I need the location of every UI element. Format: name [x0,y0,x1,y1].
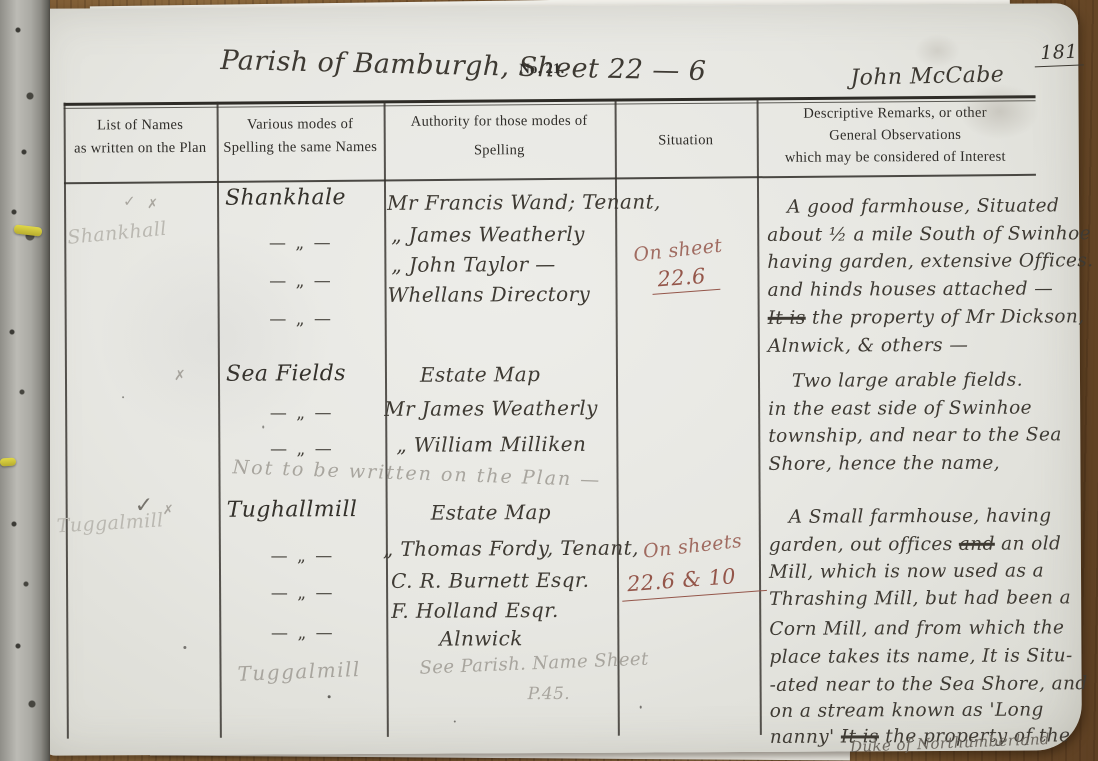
header-col3-line2: Spelling [384,139,615,163]
remarks-text: the property of Mr Dickson, [806,306,1085,328]
header-col5-line3: which may be considered of Interest [757,146,1034,170]
table-border-left [64,103,69,739]
check-mark: ✓ [135,492,154,518]
paper-stain [914,34,960,68]
ink-speck [122,396,124,398]
authority-line: Estate Map [431,500,551,525]
remarks-text: nanny' [770,727,841,748]
header-separator-rule [64,174,1036,184]
remarks-line: Mill, which is now used as a [769,560,1044,582]
remarks-line: A Small farmhouse, having [789,505,1052,527]
remarks-line: Thrashing Mill, but had been a [769,587,1071,610]
spelling-name: Tughallmill [227,497,358,523]
cross-mark: ✗ [147,196,158,212]
footer-note-text: See Parish. Name Sheet [419,649,649,679]
footer-note-page-ref: P.45. [528,684,571,704]
situation-text: On sheet [632,235,723,267]
ditto-mark: — „ — [219,546,386,567]
column-divider-4 [757,99,762,735]
ledger-page: Parish of Bamburgh, Sheet 22 — 6 No. 21.… [34,3,1082,755]
situation-sheet-number: 22.6 & 10 [620,562,767,602]
cross-mark: ✗ [163,502,174,518]
remarks-line: having garden, extensive Offices. [767,250,1093,273]
struck-words: It is [768,308,806,329]
show-through-smudge [95,227,336,448]
header-col3-line1: Authority for those modes of [384,110,615,134]
remarks-line: Alnwick, & others — [768,335,968,357]
scanned-ledger-photo: Parish of Bamburgh, Sheet 22 — 6 No. 21.… [0,0,1098,761]
authority-line: Whellans Directory [387,282,590,307]
authority-line: „ James Weatherly [391,222,585,247]
remarks-line: on a stream known as 'Long [770,699,1044,721]
situation-text: On sheets [642,530,743,563]
remarks-line: -ated near to the Sea Shore, and [770,673,1088,696]
authority-line: C. R. Burnett Esqr. [391,568,589,593]
binding-thread-yellow [0,457,16,466]
printed-number-label: No. 21. [519,58,564,81]
remarks-line: A good farmhouse, Situated [787,195,1059,217]
header-col1-line1: List of Names [64,114,217,138]
spelling-name: Shankhale [225,185,346,211]
header-col2-line1: Various modes of [217,113,384,137]
ink-speck [640,706,642,709]
header-col4-line1: Situation [615,129,757,153]
remarks-text: garden, out offices [769,534,959,556]
remarks-line: in the east side of Swinhoe [768,398,1032,420]
remarks-line-with-strike: garden, out offices and an old [769,533,1061,556]
header-col1-line2: as written on the Plan [64,137,217,161]
authority-line: Mr Francis Wand; Tenant, [387,189,661,214]
authority-line: „ William Milliken [396,432,586,457]
ditto-mark: — „ — [219,583,386,604]
ink-speck [454,721,456,723]
header-col2-line2: Spelling the same Names [217,136,384,160]
remarks-line-with-strike: It is the property of Mr Dickson, [768,306,1085,329]
check-mark: ✓ [123,192,136,211]
footer-note-name: Tuggalmill [237,657,361,686]
remarks-line: place takes its name, It is Situ- [769,645,1072,668]
ink-speck [183,646,186,649]
ink-speck [328,695,331,698]
pencil-annotation: Not to be written on the Plan — [232,456,601,491]
ditto-mark: — „ — [219,623,386,644]
remarks-line: Corn Mill, and from which the [769,617,1064,640]
ink-speck [262,426,264,429]
authority-line: Estate Map [420,362,540,387]
book-binding-edge [0,0,50,761]
remarks-line: township, and near to the Sea [768,424,1062,447]
remarks-line: Shore, hence the name, [768,453,1000,475]
authority-line: „ Thomas Fordy, Tenant, [383,536,639,561]
paper-stain [959,83,1039,139]
authority-line: Mr James Weatherly [384,396,598,421]
authority-line: „ John Taylor — [391,252,555,277]
remarks-line: about ½ a mile South of Swinhoe [767,223,1091,246]
struck-words: and [959,534,995,555]
authority-line: Alnwick [439,626,522,650]
remarks-line: Two large arable fields. [792,370,1023,392]
page-title-handwritten: Parish of Bamburgh, Sheet 22 — 6 [220,45,707,87]
situation-sheet-number: 22.6 [651,263,721,295]
remarks-text: an old [995,533,1062,554]
authority-line: F. Holland Esqr. [391,598,559,623]
remarks-line: and hinds houses attached — [767,278,1053,300]
page-number: 181 [1034,40,1084,67]
